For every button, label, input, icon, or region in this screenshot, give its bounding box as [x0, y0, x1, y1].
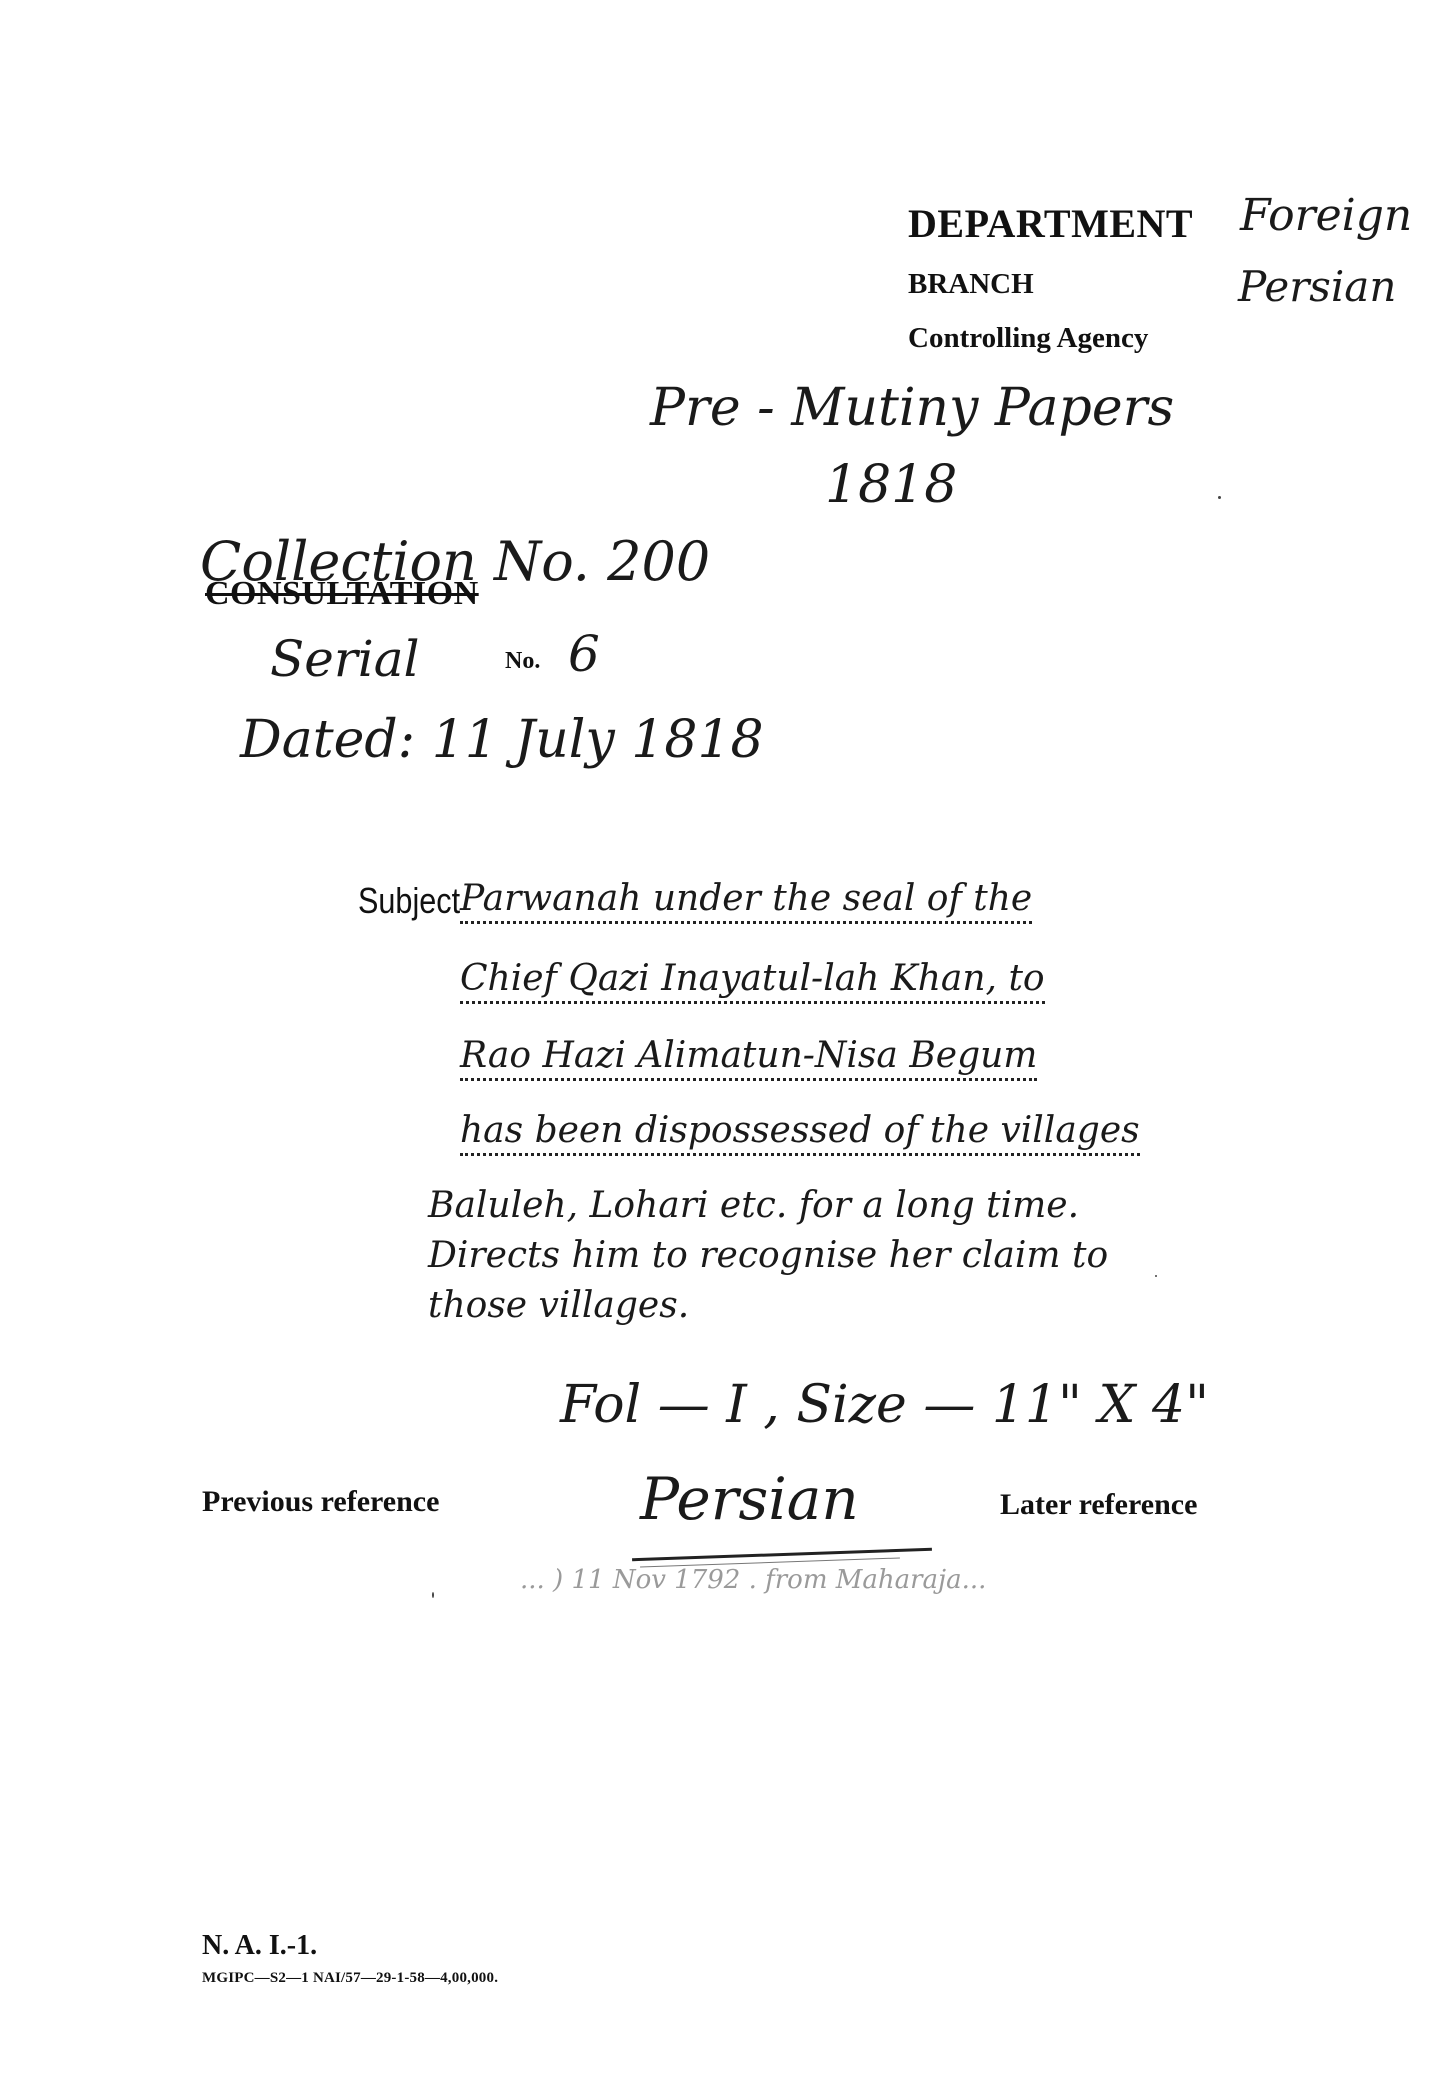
subject-line: Rao Hazi Alimatun-Nisa Begum: [460, 1035, 1037, 1081]
printer-imprint: MGIPC—S2—1 NAI/57—29-1-58—4,00,000.: [202, 1970, 498, 1987]
department-value: Foreign: [1240, 190, 1412, 241]
subject-line: Parwanah under the seal of the: [460, 878, 1032, 924]
consultation-label: CONSULTATION: [205, 575, 479, 613]
branch-value: Persian: [1238, 262, 1396, 311]
branch-label: BRANCH: [908, 268, 1034, 301]
previous-reference-label: Previous reference: [202, 1485, 439, 1519]
subject-line: Chief Qazi Inayatul-lah Khan, to: [460, 958, 1045, 1004]
form-code: N. A. I.-1.: [202, 1930, 317, 1962]
collection-title: Pre - Mutiny Papers: [650, 378, 1174, 438]
scan-speck: [1155, 1275, 1157, 1277]
subject-line: those villages.: [428, 1285, 689, 1326]
folio-size-line: Fol — I , Size — 11" X 4": [560, 1375, 1209, 1435]
language-underline: [632, 1548, 932, 1561]
later-reference-label: Later reference: [1000, 1488, 1197, 1522]
collection-year: 1818: [825, 455, 957, 515]
subject-line: has been dispossessed of the villages: [460, 1110, 1140, 1156]
faint-annotation: ... ) 11 Nov 1792 . from Maharaja...: [520, 1565, 986, 1595]
serial-label: Serial: [270, 630, 420, 688]
number-value: 6: [568, 625, 600, 683]
subject-line: Baluleh, Lohari etc. for a long time.: [428, 1185, 1079, 1226]
scan-speck: [432, 1592, 434, 1598]
dated-line: Dated: 11 July 1818: [240, 710, 764, 770]
controlling-agency-label: Controlling Agency: [908, 322, 1148, 355]
scan-speck: [1218, 496, 1221, 499]
number-label: No.: [505, 648, 540, 675]
department-label: DEPARTMENT: [908, 200, 1193, 247]
subject-line: Directs him to recognise her claim to: [428, 1235, 1108, 1276]
language-annotation: Persian: [640, 1465, 859, 1533]
subject-label: Subject: [358, 880, 460, 922]
